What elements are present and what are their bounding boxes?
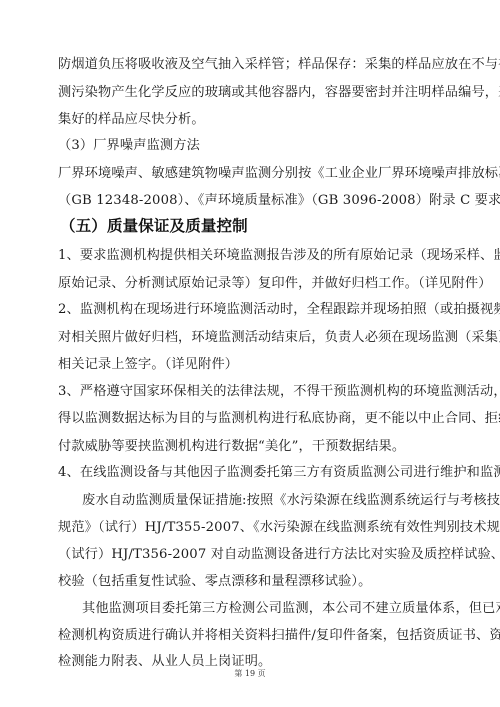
- paragraph-line: 3、严格遵守国家环保相关的法律法规，不得干预监测机构的环境监测活动，不: [58, 384, 462, 400]
- paragraph-line: （试行）HJ/T356-2007 对自动监测设备进行方法比对实验及质控样试验、现…: [58, 547, 462, 563]
- paragraph-line: 原始记录、分析测试原始记录等）复印件，并做好归档工作。（详见附件）: [58, 276, 462, 292]
- paragraph-line: 废水自动监测质量保证措施:按照《水污染源在线监测系统运行与考核技术: [82, 493, 462, 509]
- paragraph-line: 厂界环境噪声、敏感建筑物噪声监测分别按《工业企业厂界环境噪声排放标准》: [58, 166, 462, 182]
- paragraph-line: 4、在线监测设备与其他因子监测委托第三方有资质监测公司进行维护和监测。: [58, 465, 462, 481]
- paragraph-line: 检测机构资质进行确认并将相关资料扫描件/复印件备案，包括资质证书、资质: [58, 628, 462, 644]
- paragraph-line: 付款威胁等要挟监测机构进行数据“美化”，干预数据结果。: [58, 439, 462, 455]
- section-heading: （五）质量保证及质量控制: [60, 218, 464, 234]
- paragraph-line: 相关记录上签字。（详见附件）: [58, 357, 462, 373]
- paragraph-line: 对相关照片做好归档，环境监测活动结束后，负责人必须在现场监测（采集）: [58, 330, 462, 346]
- paragraph-line: 测污染物产生化学反应的玻璃或其他容器内，容器要密封并注明样品编号，采: [58, 85, 462, 101]
- paragraph-line: （GB 12348-2008）、《声环境质量标准》（GB 3096-2008）附…: [58, 193, 462, 209]
- paragraph-line: 2、监测机构在现场进行环境监测活动时，全程跟踪并现场拍照（或拍摄视频），: [58, 302, 462, 318]
- paragraph-line: 1、要求监测机构提供相关环境监测报告涉及的所有原始记录（现场采样、监测: [58, 248, 462, 264]
- paragraph-line: 其他监测项目委托第三方检测公司监测，本公司不建立质量体系，但已对: [82, 601, 462, 617]
- subsection-title: （3）厂界噪声监测方法: [58, 138, 462, 154]
- paragraph-line: 防烟道负压将吸收液及空气抽入采样管；样品保存：采集的样品应放在不与被: [58, 57, 462, 73]
- paragraph-line: 集好的样品应尽快分析。: [58, 112, 462, 128]
- paragraph-line: 得以监测数据达标为目的与监测机构进行私底协商，更不能以中止合同、拒绝: [58, 411, 462, 427]
- page-number: 第 19 页: [0, 668, 500, 679]
- paragraph-line: 规范》（试行）HJ/T355-2007、《水污染源在线监测系统有效性判别技术规范…: [58, 520, 462, 536]
- paragraph-line: 校验（包括重复性试验、零点漂移和量程漂移试验）。: [58, 574, 462, 590]
